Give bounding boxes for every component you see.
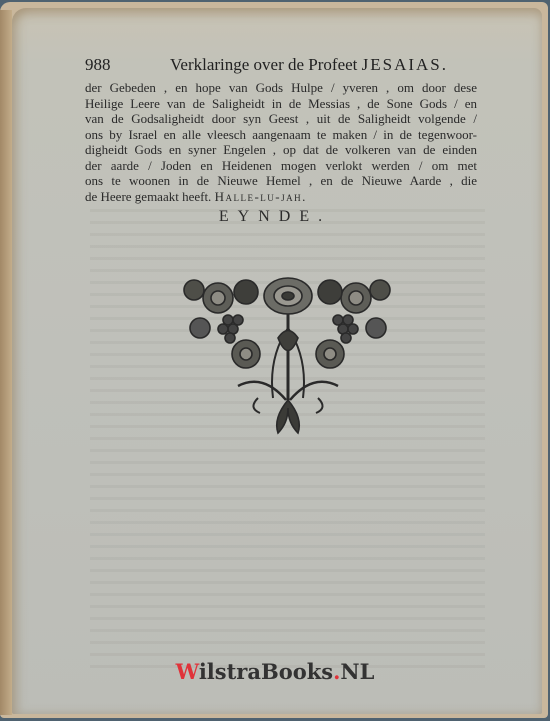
text-line: digheidt Gods en syner Engelen , op dat … (85, 142, 477, 158)
final-line-text: de Heere gemaakt heeft. (85, 189, 211, 204)
running-title-caps: JESAIAS. (362, 55, 448, 74)
watermark-name: ilstraBooks (199, 659, 333, 684)
watermark-initial: W (176, 659, 199, 684)
text-line: ons by Israel en alle vleesch aangenaam … (85, 127, 477, 143)
page-edge (0, 10, 12, 715)
page-number: 988 (85, 55, 111, 75)
page-header: 988 Verklaringe over de Profeet JESAIAS. (85, 55, 485, 77)
end-heading: EYNDE. (0, 208, 550, 226)
watermark-logo: WilstraBooks.NL (0, 659, 550, 684)
text-line: der aarde / Joden en Heidenen mogen verl… (85, 158, 477, 174)
hallelujah: Halle-lu-jah. (215, 189, 307, 204)
running-title-text: Verklaringe over de Profeet (170, 55, 357, 74)
text-line: ons te woonen in de Nieuwe Hemel , en de… (85, 173, 477, 189)
text-line: Heilige Leere van de Saligheidt in de Me… (85, 96, 477, 112)
text-line: der Gebeden , en hope van Gods Hulpe / y… (85, 80, 477, 96)
text-line: van de Godsaligheidt door syn Geest , ui… (85, 111, 477, 127)
running-title: Verklaringe over de Profeet JESAIAS. (170, 55, 448, 75)
watermark-tld: NL (340, 659, 374, 684)
body-text: der Gebeden , en hope van Gods Hulpe / y… (85, 80, 477, 204)
text-line-final: de Heere gemaakt heeft. Halle-lu-jah. (85, 189, 477, 205)
floral-ornament-icon (178, 268, 398, 438)
